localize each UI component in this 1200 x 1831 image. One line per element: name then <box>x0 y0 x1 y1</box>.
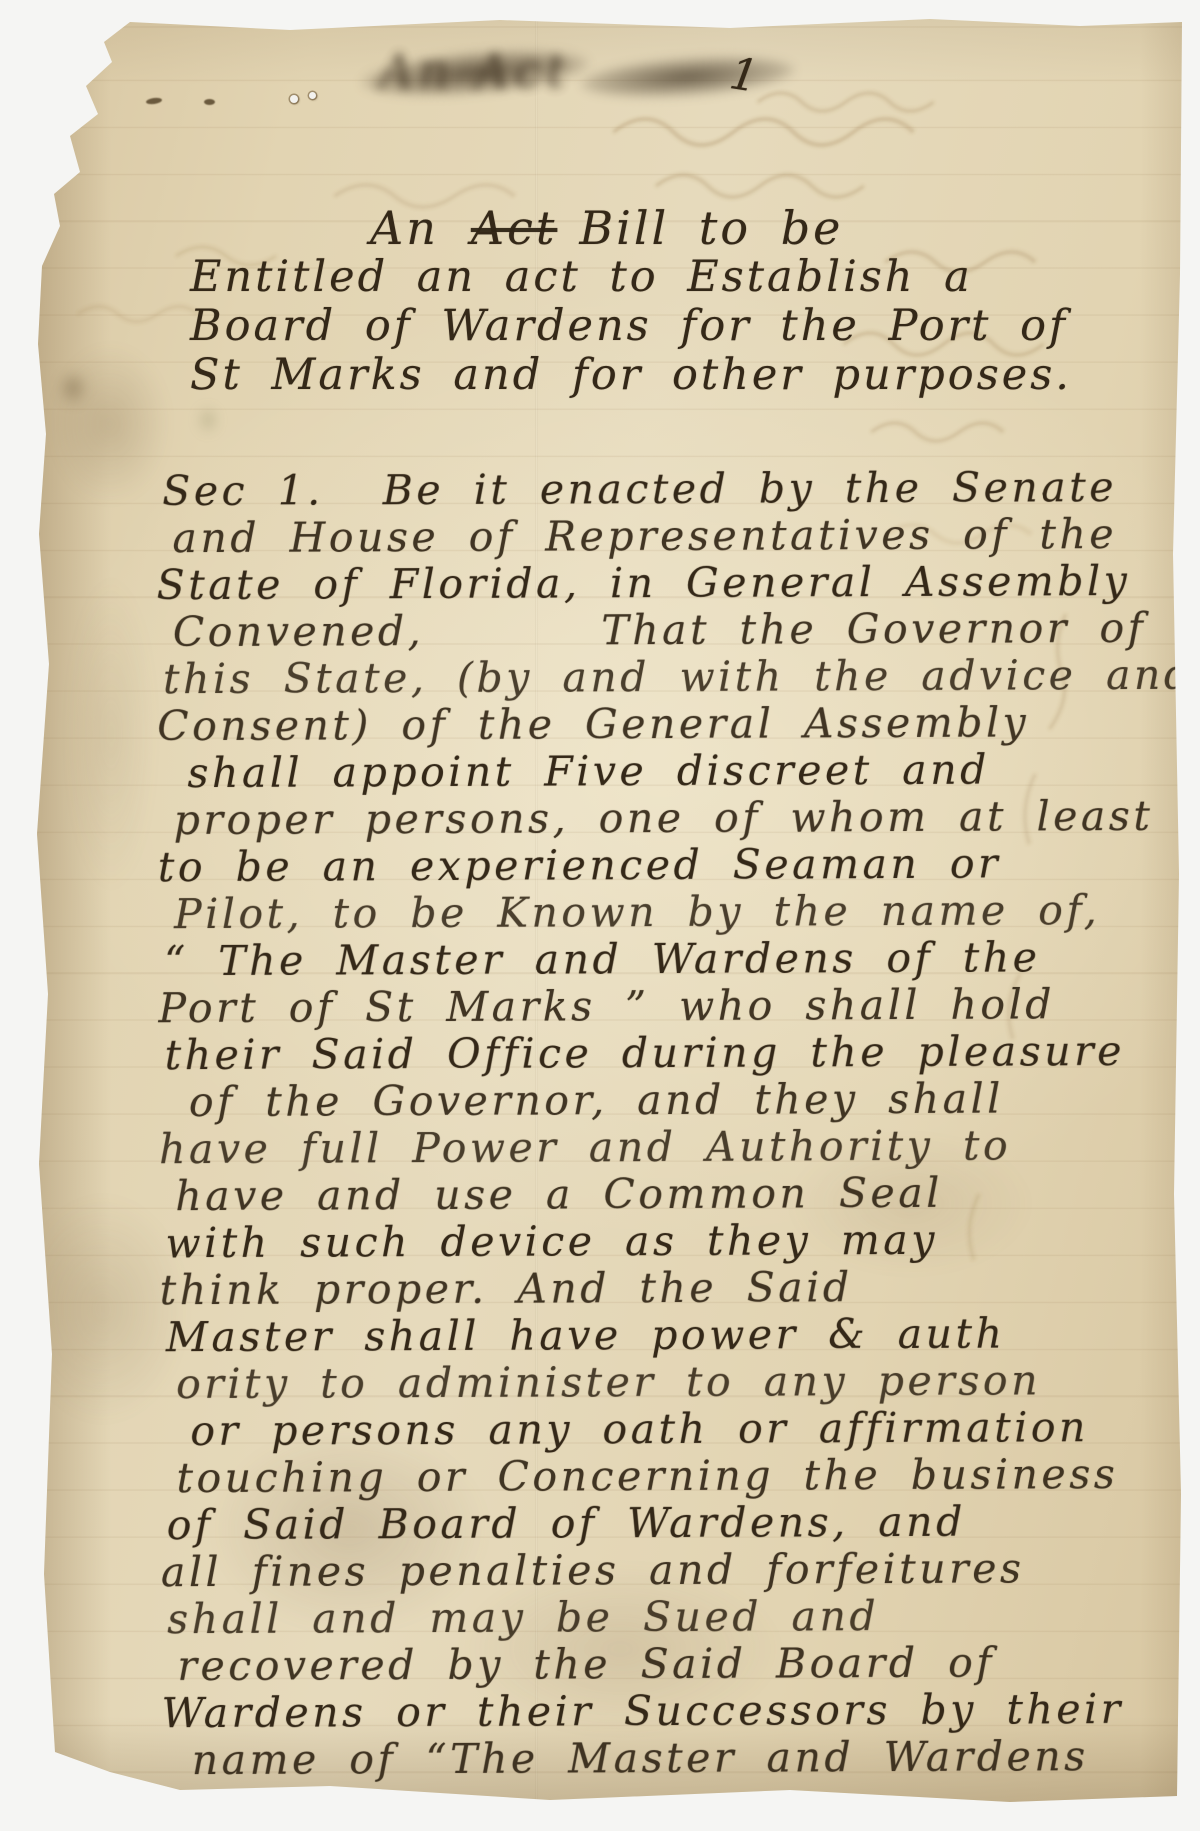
paper-stain <box>198 406 218 434</box>
manuscript-line: all fines penalties and forfeitures <box>161 1545 1182 1596</box>
title-line-1: AnActBill to be <box>190 204 1180 253</box>
manuscript-line: Wardens or their Successors by their <box>161 1686 1182 1737</box>
manuscript-page: An Act 1 AnActBill to be Entitled an act… <box>30 14 1186 1806</box>
manuscript-line: have full Power and Authority to <box>159 1122 1180 1173</box>
title-line-1-end: Bill to be <box>579 201 843 255</box>
manuscript-line: Consent) of the General Assembly <box>157 699 1178 750</box>
manuscript-line: ority to administer to any person <box>176 1357 1181 1408</box>
manuscript-line: State of Florida, in General Assembly <box>157 558 1178 609</box>
pin-mark <box>146 97 163 105</box>
manuscript-line: think proper. And the Said <box>160 1263 1181 1314</box>
pin-hole <box>309 92 316 99</box>
manuscript-line: or persons any oath or affirmation <box>190 1404 1181 1455</box>
manuscript-line: of the Governor, and they shall <box>189 1075 1180 1126</box>
struck-word-act: Act <box>471 201 557 255</box>
manuscript-line: touching or Concerning the business <box>176 1451 1181 1502</box>
manuscript-line: recovered by the Said Board of <box>177 1639 1182 1690</box>
manuscript-line: with such device as they may <box>165 1216 1180 1267</box>
paper-stain <box>66 574 156 894</box>
pin-mark <box>204 99 215 105</box>
manuscript-line: of Said Board of Wardens, and <box>167 1498 1182 1549</box>
manuscript-line: name of “The Master and Wardens <box>192 1733 1183 1784</box>
document-title: AnActBill to be Entitled an act to Estab… <box>190 204 1180 400</box>
manuscript-line: Pilot, to be Known by the name of, <box>174 887 1179 938</box>
manuscript-line: and House of Representatives of the <box>172 511 1177 562</box>
manuscript-line: have and use a Common Seal <box>175 1169 1180 1220</box>
manuscript-line: Sec 1. Be it enacted by the Senate <box>162 464 1177 515</box>
manuscript-line: shall appoint Five discreet and <box>187 746 1178 797</box>
manuscript-line: proper persons, one of whom at least <box>174 793 1179 844</box>
manuscript-line: their Said Office during the pleasure <box>165 1028 1180 1079</box>
paper-stain <box>50 344 170 504</box>
manuscript-line: “ The Master and Wardens of the <box>164 934 1179 985</box>
manuscript-line: this State, (by and with the advice and <box>163 652 1178 703</box>
ink-smear <box>579 51 796 104</box>
pin-hole <box>290 95 298 103</box>
manuscript-body: Sec 1. Be it enacted by the Senate and H… <box>162 464 1183 1784</box>
manuscript-line: Port of St Marks ” who shall hold <box>158 981 1179 1032</box>
scratched-out-heading: An Act <box>360 34 780 118</box>
manuscript-line: Convened, That the Governor of <box>173 605 1178 656</box>
title-line-3: Board of Wardens for the Port of <box>190 302 1180 351</box>
title-line-4: St Marks and for other purposes. <box>190 351 1180 400</box>
manuscript-line: Master shall have power & auth <box>166 1310 1181 1361</box>
title-line-2: Entitled an act to Establish a <box>190 253 1180 302</box>
manuscript-line: shall and may be Sued and <box>167 1592 1182 1643</box>
title-word-an: An <box>370 201 439 255</box>
paper-stain <box>58 370 88 406</box>
manuscript-line: to be an experienced Seaman or <box>158 840 1179 891</box>
